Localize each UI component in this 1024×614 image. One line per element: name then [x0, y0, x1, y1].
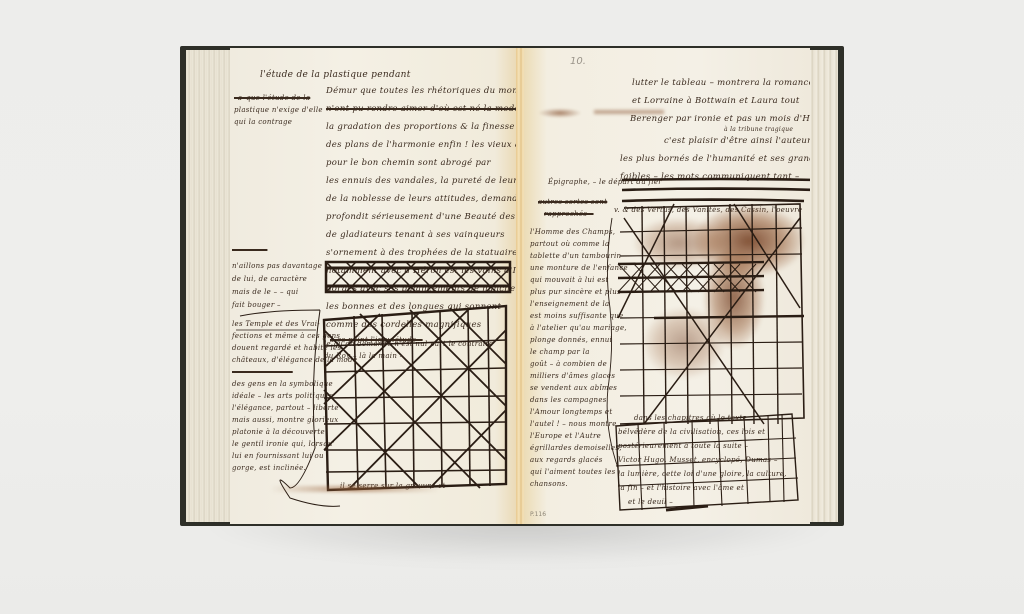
crosshatch-grid-left: [320, 300, 510, 495]
right-page: 10. lutter le tableau – montrera la roma…: [524, 48, 810, 524]
left-page: l'étude de la plastique pendant –a–que l…: [230, 48, 518, 524]
margin-divider-line: [524, 48, 810, 524]
ink-smear: [270, 486, 440, 492]
left-page-stack: [186, 50, 231, 522]
folio-mark: P.116: [530, 511, 546, 518]
right-page-stack: [808, 50, 838, 522]
